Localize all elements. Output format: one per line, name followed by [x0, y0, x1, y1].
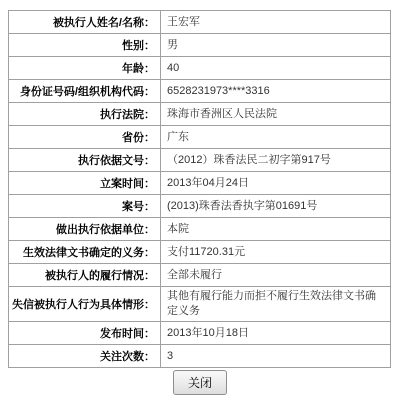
table-row-gender: 性别： 男 — [9, 34, 390, 57]
row-value: 本院 — [161, 218, 390, 240]
row-label: 性别： — [9, 34, 161, 56]
row-value: 广东 — [161, 126, 390, 148]
table-row-view-count: 关注次数： 3 — [9, 345, 390, 367]
row-label: 执行依据文号： — [9, 149, 161, 171]
row-label: 年龄： — [9, 57, 161, 79]
row-value: 2013年04月24日 — [161, 172, 390, 194]
row-value: 珠海市香洲区人民法院 — [161, 103, 390, 125]
button-bar: 关闭 — [0, 370, 400, 395]
table-row-dishonest-conduct: 失信被执行人行为具体情形： 其他有履行能力而拒不履行生效法律文书确定义务 — [9, 287, 390, 322]
row-value: 3 — [161, 345, 390, 367]
row-label: 发布时间： — [9, 322, 161, 344]
table-row-publish-date: 发布时间： 2013年10月18日 — [9, 322, 390, 345]
row-value: 其他有履行能力而拒不履行生效法律文书确定义务 — [161, 287, 390, 321]
row-label: 执行法院： — [9, 103, 161, 125]
row-label: 案号： — [9, 195, 161, 217]
table-row-filing-date: 立案时间： 2013年04月24日 — [9, 172, 390, 195]
table-row-basis-unit: 做出执行依据单位： 本院 — [9, 218, 390, 241]
table-row-obligation: 生效法律文书确定的义务： 支付11720.31元 — [9, 241, 390, 264]
row-value: 6528231973****3316 — [161, 80, 390, 102]
row-value: 支付11720.31元 — [161, 241, 390, 263]
row-label: 生效法律文书确定的义务： — [9, 241, 161, 263]
table-row-id-number: 身份证号码/组织机构代码： 6528231973****3316 — [9, 80, 390, 103]
row-value: 王宏军 — [161, 11, 390, 33]
row-label: 身份证号码/组织机构代码： — [9, 80, 161, 102]
row-value: 40 — [161, 57, 390, 79]
row-label: 失信被执行人行为具体情形： — [9, 287, 161, 321]
row-value: 2013年10月18日 — [161, 322, 390, 344]
row-label: 省份： — [9, 126, 161, 148]
row-label: 被执行人的履行情况： — [9, 264, 161, 286]
row-value: (2013)珠香法香执字第01691号 — [161, 195, 390, 217]
table-row-basis-doc-number: 执行依据文号： （2012）珠香法民二初字第917号 — [9, 149, 390, 172]
row-label: 立案时间： — [9, 172, 161, 194]
row-label: 被执行人姓名/名称： — [9, 11, 161, 33]
close-button[interactable]: 关闭 — [173, 370, 227, 395]
table-row-province: 省份： 广东 — [9, 126, 390, 149]
row-label: 做出执行依据单位： — [9, 218, 161, 240]
debtor-info-table: 被执行人姓名/名称： 王宏军 性别： 男 年龄： 40 身份证号码/组织机构代码… — [8, 10, 391, 368]
row-value: 全部未履行 — [161, 264, 390, 286]
table-row-age: 年龄： 40 — [9, 57, 390, 80]
table-row-performance-status: 被执行人的履行情况： 全部未履行 — [9, 264, 390, 287]
row-value: （2012）珠香法民二初字第917号 — [161, 149, 390, 171]
table-row-case-number: 案号： (2013)珠香法香执字第01691号 — [9, 195, 390, 218]
table-row-name: 被执行人姓名/名称： 王宏军 — [9, 11, 390, 34]
row-value: 男 — [161, 34, 390, 56]
table-row-court: 执行法院： 珠海市香洲区人民法院 — [9, 103, 390, 126]
row-label: 关注次数： — [9, 345, 161, 367]
